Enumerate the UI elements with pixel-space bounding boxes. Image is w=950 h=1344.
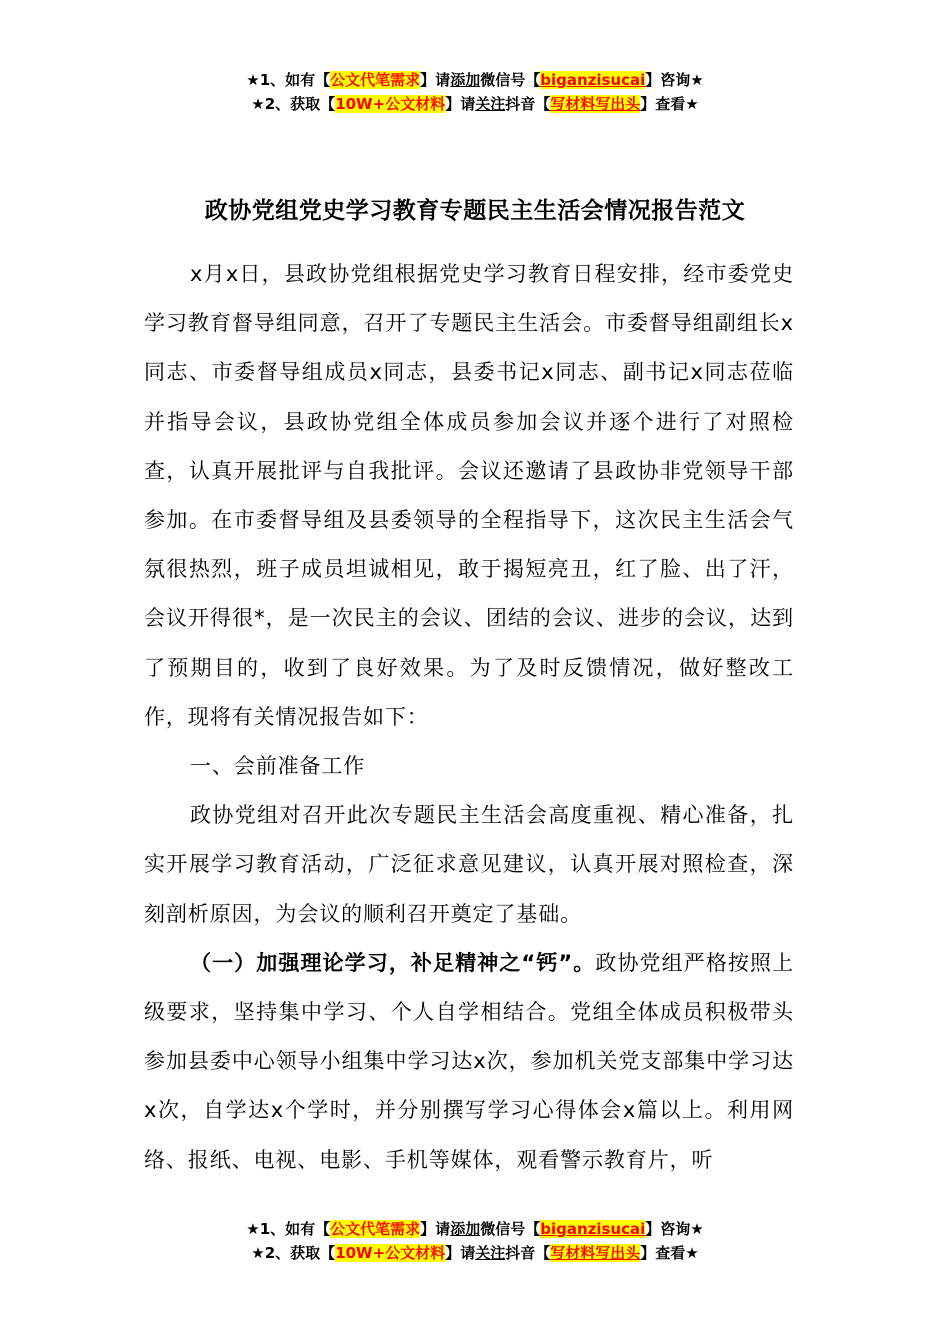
douyin-account: 写材料写出头 <box>550 95 640 113</box>
underlined-follow: 关注 <box>475 1244 505 1262</box>
promo-text: 微信号【 <box>480 1220 540 1238</box>
promo-text: ★2、获取【 <box>251 1244 335 1262</box>
promo-text: ★1、如有【 <box>246 1220 330 1238</box>
promo-text: 】请 <box>420 1220 450 1238</box>
underlined-follow: 关注 <box>475 95 505 113</box>
promo-line-2: ★2、获取【10W+公文材料】请关注抖音【写材料写出头】查看★ <box>0 1241 950 1265</box>
douyin-account: 写材料写出头 <box>550 1244 640 1262</box>
underlined-add: 添加 <box>450 71 480 89</box>
wechat-id: biganzisucai <box>540 71 645 89</box>
promo-text: 】请 <box>445 95 475 113</box>
promo-text: 】咨询★ <box>645 1220 703 1238</box>
underlined-add: 添加 <box>450 1220 480 1238</box>
promo-line-2: ★2、获取【10W+公文材料】请关注抖音【写材料写出头】查看★ <box>0 92 950 116</box>
highlight-service: 公文代笔需求 <box>330 71 420 89</box>
wechat-id: biganzisucai <box>540 1220 645 1238</box>
subheading-theory-study: （一）加强理论学习，补足精神之“钙”。 <box>190 951 595 975</box>
paragraph-preparation: 政协党组对召开此次专题民主生活会高度重视、精心准备，扎实开展学习教育活动，广泛征… <box>144 791 794 939</box>
header-promo-banner: ★1、如有【公文代笔需求】请添加微信号【biganzisucai】咨询★ ★2、… <box>0 68 950 116</box>
document-title: 政协党组党史学习教育专题民主生活会情况报告范文 <box>0 196 950 226</box>
promo-text: 】咨询★ <box>645 71 703 89</box>
promo-text: 抖音【 <box>505 1244 550 1262</box>
promo-text: 】请 <box>420 71 450 89</box>
promo-line-1: ★1、如有【公文代笔需求】请添加微信号【biganzisucai】咨询★ <box>0 1217 950 1241</box>
paragraph-text: 政协党组严格按照上级要求，坚持集中学习、个人自学相结合。党组全体成员积极带头参加… <box>144 951 794 1172</box>
promo-text: 微信号【 <box>480 71 540 89</box>
section-heading-1: 一、会前准备工作 <box>144 742 794 791</box>
promo-text: 】查看★ <box>640 1244 698 1262</box>
promo-text: ★1、如有【 <box>246 71 330 89</box>
paragraph-theory-study: （一）加强理论学习，补足精神之“钙”。政协党组严格按照上级要求，坚持集中学习、个… <box>144 939 794 1185</box>
promo-text: 】查看★ <box>640 95 698 113</box>
paragraph-intro: x月x日，县政协党组根据党史学习教育日程安排，经市委党史学习教育督导组同意，召开… <box>144 250 794 742</box>
promo-line-1: ★1、如有【公文代笔需求】请添加微信号【biganzisucai】咨询★ <box>0 68 950 92</box>
highlight-materials: 10W+公文材料 <box>335 95 445 113</box>
highlight-service: 公文代笔需求 <box>330 1220 420 1238</box>
document-body: x月x日，县政协党组根据党史学习教育日程安排，经市委党史学习教育督导组同意，召开… <box>144 250 794 1185</box>
promo-text: ★2、获取【 <box>251 95 335 113</box>
highlight-materials: 10W+公文材料 <box>335 1244 445 1262</box>
promo-text: 抖音【 <box>505 95 550 113</box>
promo-text: 】请 <box>445 1244 475 1262</box>
footer-promo-banner: ★1、如有【公文代笔需求】请添加微信号【biganzisucai】咨询★ ★2、… <box>0 1217 950 1265</box>
